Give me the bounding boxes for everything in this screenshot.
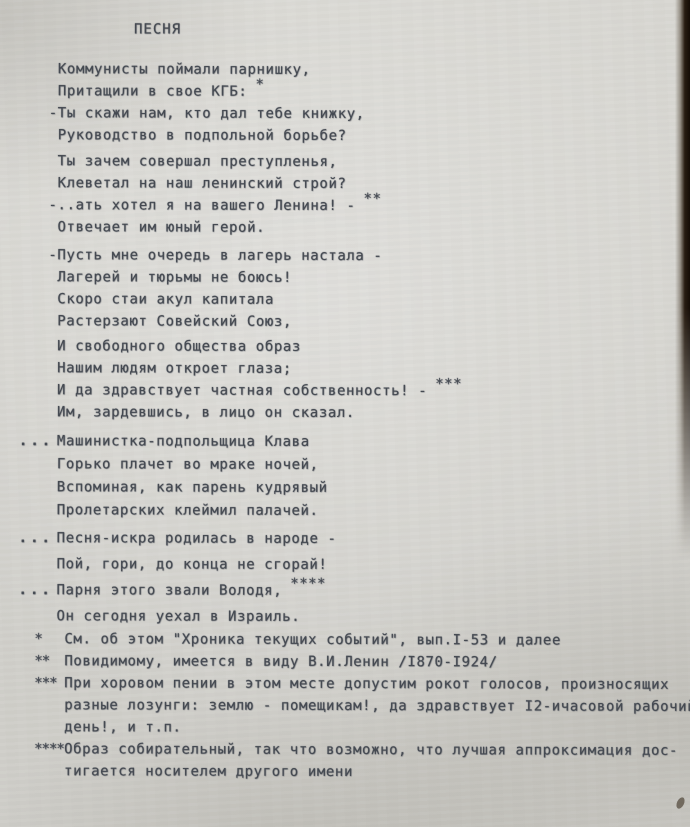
stanza: -Пусть мне очередь в лагерь настала -Лаг… [57, 244, 462, 333]
stanza: ...Машинистка-подпольщица КлаваГорько пл… [57, 430, 462, 523]
poem-line: -..ать хотел я на вашего Ленина! -** [49, 194, 463, 217]
footnote-marker: ** [34, 650, 49, 672]
poem-line-text: Пой, гори, до конца не сгорай! [57, 556, 328, 573]
footnote-reference: ** [364, 191, 382, 207]
footnote: **Повидимому, имеется в виду В.И.Ленин /… [64, 650, 690, 674]
poem-line-text: Нашим людям откроет глаза; [57, 360, 292, 377]
poem-line-text: Он сегодня уехал в Израиль. [56, 608, 300, 625]
footnote: ****Образ собирательный, так что возможн… [64, 738, 690, 784]
page-edge-shadow [675, 0, 690, 560]
poem-line-text: Пролетарских клеймил палачей. [57, 502, 319, 519]
poem-line: Клеветал на наш ленинский строй? [58, 172, 463, 195]
stanza: ...Песня-искра родилась в народе -Пой, г… [56, 525, 461, 630]
poem-body: Коммунисты поймали парнишку,Притащили в … [56, 58, 462, 634]
footnote: ***При хоровом пении в этом месте допуст… [64, 672, 690, 740]
footnote-reference: * [255, 77, 264, 93]
poem-line: Притащили в свое КГБ:* [58, 80, 463, 103]
poem-line: ...Машинистка-подпольщица Клава [57, 430, 462, 454]
poem-line: Руководство в подпольной борьбе? [58, 124, 463, 147]
ellipsis-marker: ... [19, 525, 53, 551]
poem-line-text: Притащили в свое КГБ: [58, 83, 248, 99]
footnote-marker: * [34, 628, 41, 650]
poem-line: Отвечает им юный герой. [57, 216, 462, 239]
poem-line: Им, зардевшись, в лицо он сказал. [57, 401, 462, 424]
poem-line: Нашим людям откроет глаза; [57, 357, 462, 380]
footnote-line: день!, и т.п. [64, 716, 690, 740]
footnote-marker: *** [34, 672, 56, 694]
poem-line: Он сегодня уехал в Израиль. [56, 603, 461, 630]
poem-line-text: Клеветал на наш ленинский строй? [58, 175, 347, 192]
poem-line-text: И да здравствует частная собственность! … [57, 382, 427, 399]
footnote-reference: **** [290, 576, 326, 592]
footnote-reference: *** [435, 376, 462, 392]
ellipsis-marker: ... [19, 430, 53, 453]
stanza: Ты зачем совершал преступленья,Клеветал … [57, 150, 462, 239]
typewritten-page: ПЕСНЯ Коммунисты поймали парнишку,Притащ… [0, 0, 690, 827]
poem-line: Вспоминая, как парень кудрявый [57, 476, 462, 500]
poem-line-text: -Пусть мне очередь в лагерь настала - [48, 247, 382, 264]
poem-line: -Пусть мне очередь в лагерь настала - [48, 244, 462, 267]
poem-line-text: Отвечает им юный герой. [57, 219, 265, 236]
footnote-marker: **** [34, 738, 64, 760]
poem-line: ...Песня-искра родилась в народе - [57, 525, 462, 552]
poem-line-text: Вспоминая, как парень кудрявый [57, 479, 328, 496]
footnote-line: тигается носителем другого имени [64, 760, 690, 784]
poem-line-text: Коммунисты поймали парнишку, [58, 61, 311, 78]
poem-line-text: Руководство в подпольной борьбе? [58, 127, 347, 144]
footnote-line: Образ собирательный, так что возможно, ч… [64, 738, 690, 762]
poem-line-text: Ты зачем совершал преступленья, [58, 153, 338, 170]
poem-line-text: -Ты скажи нам, кто дал тебе книжку, [49, 105, 365, 122]
poem-line-text: -..ать хотел я на вашего Ленина! - [49, 197, 356, 214]
footnotes-section: *См. об этом "Хроника текущих событий", … [64, 628, 690, 784]
poem-line: Ты зачем совершал преступленья, [58, 150, 463, 173]
poem-line-text: Скоро стаи акул капитала [57, 291, 274, 308]
stanza: И свободного общества образНашим людям о… [57, 335, 462, 424]
footnote-line: См. об этом "Хроника текущих событий", в… [64, 628, 690, 652]
poem-line-text: Растерзают Совейский Союз, [57, 313, 292, 330]
footnote: *См. об этом "Хроника текущих событий", … [64, 628, 690, 652]
poem-line: Растерзают Совейский Союз, [57, 310, 462, 333]
poem-line: -Ты скажи нам, кто дал тебе книжку, [49, 102, 463, 125]
poem-line: Лагерей и тюрьмы не боюсь! [57, 266, 462, 289]
footnote-line: разные лозунги: землю - помещикам!, да з… [64, 694, 690, 718]
poem-line-text: Лагерей и тюрьмы не боюсь! [57, 269, 292, 286]
poem-line: Горько плачет во мраке ночей, [57, 453, 462, 477]
poem-line: Скоро стаи акул капитала [57, 288, 462, 311]
poem-line-text: Им, зардевшись, в лицо он сказал. [57, 404, 355, 421]
poem-line: Пой, гори, до конца не сгорай! [57, 551, 462, 578]
footnote-line: Повидимому, имеется в виду В.И.Ленин /I8… [64, 650, 690, 674]
poem-line: И да здравствует частная собственность! … [57, 379, 462, 402]
poem-line-text: Парня этого звали Володя, [57, 582, 283, 599]
stanza: Коммунисты поймали парнишку,Притащили в … [58, 58, 463, 147]
poem-line-text: Машинистка-подпольщица Клава [57, 433, 310, 450]
ellipsis-marker: ... [19, 577, 53, 603]
poem-line: ...Парня этого звали Володя,**** [57, 577, 462, 604]
page-title: ПЕСНЯ [134, 21, 181, 37]
poem-line: Пролетарских клеймил палачей. [57, 499, 462, 523]
poem-line-text: И свободного общества образ [57, 338, 301, 355]
poem-line-text: Песня-искра родилась в народе - [57, 530, 337, 547]
poem-line: И свободного общества образ [57, 335, 462, 358]
poem-line-text: Горько плачет во мраке ночей, [57, 456, 319, 473]
document-photo: ПЕСНЯ Коммунисты поймали парнишку,Притащ… [0, 0, 690, 827]
footnote-line: При хоровом пении в этом месте допустим … [64, 672, 690, 696]
